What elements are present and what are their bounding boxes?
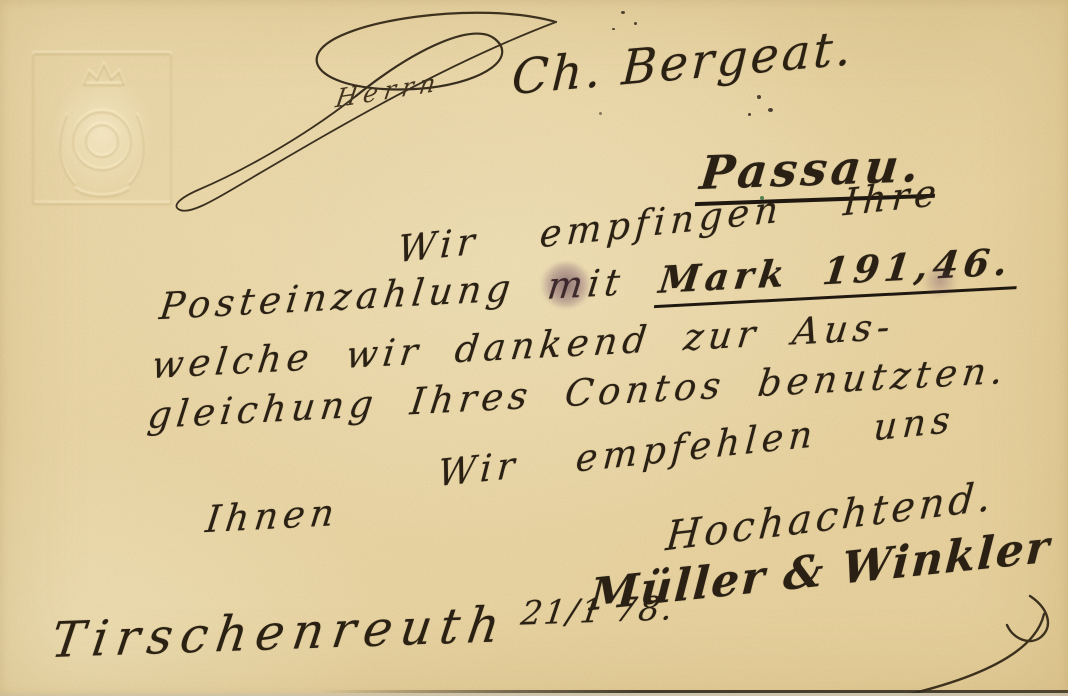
body-line-6: Ihnen — [203, 491, 341, 541]
embossed-seal — [26, 44, 178, 216]
date-text: 21/1 78. — [506, 588, 677, 633]
salutation: Herrn — [334, 67, 444, 114]
ink-speckle — [634, 22, 637, 25]
ink-speckle — [768, 108, 773, 112]
ink-speckle — [621, 11, 625, 14]
signature-flourish — [1007, 596, 1048, 641]
amount-underlined: Mark 191,46. — [654, 239, 1023, 308]
dateline: Tirschenreuth 21/1 78. — [48, 588, 677, 669]
place-name: Tirschenreuth — [48, 596, 511, 669]
ink-speckle — [612, 28, 615, 30]
ink-speckle — [748, 113, 751, 116]
signature-underline-flourish — [906, 614, 1044, 695]
ink-speckle — [599, 112, 602, 115]
green-fleck — [760, 196, 764, 200]
coat-of-arms-emboss-icon — [26, 44, 178, 216]
recipient-name: Ch. Bergeat. — [511, 20, 856, 106]
herrn-flourish-tail — [176, 22, 556, 211]
ink-speckle — [757, 95, 761, 99]
postcard-scan: Herrn Ch. Bergeat. Passau. Wir empfingen… — [0, 0, 1068, 696]
